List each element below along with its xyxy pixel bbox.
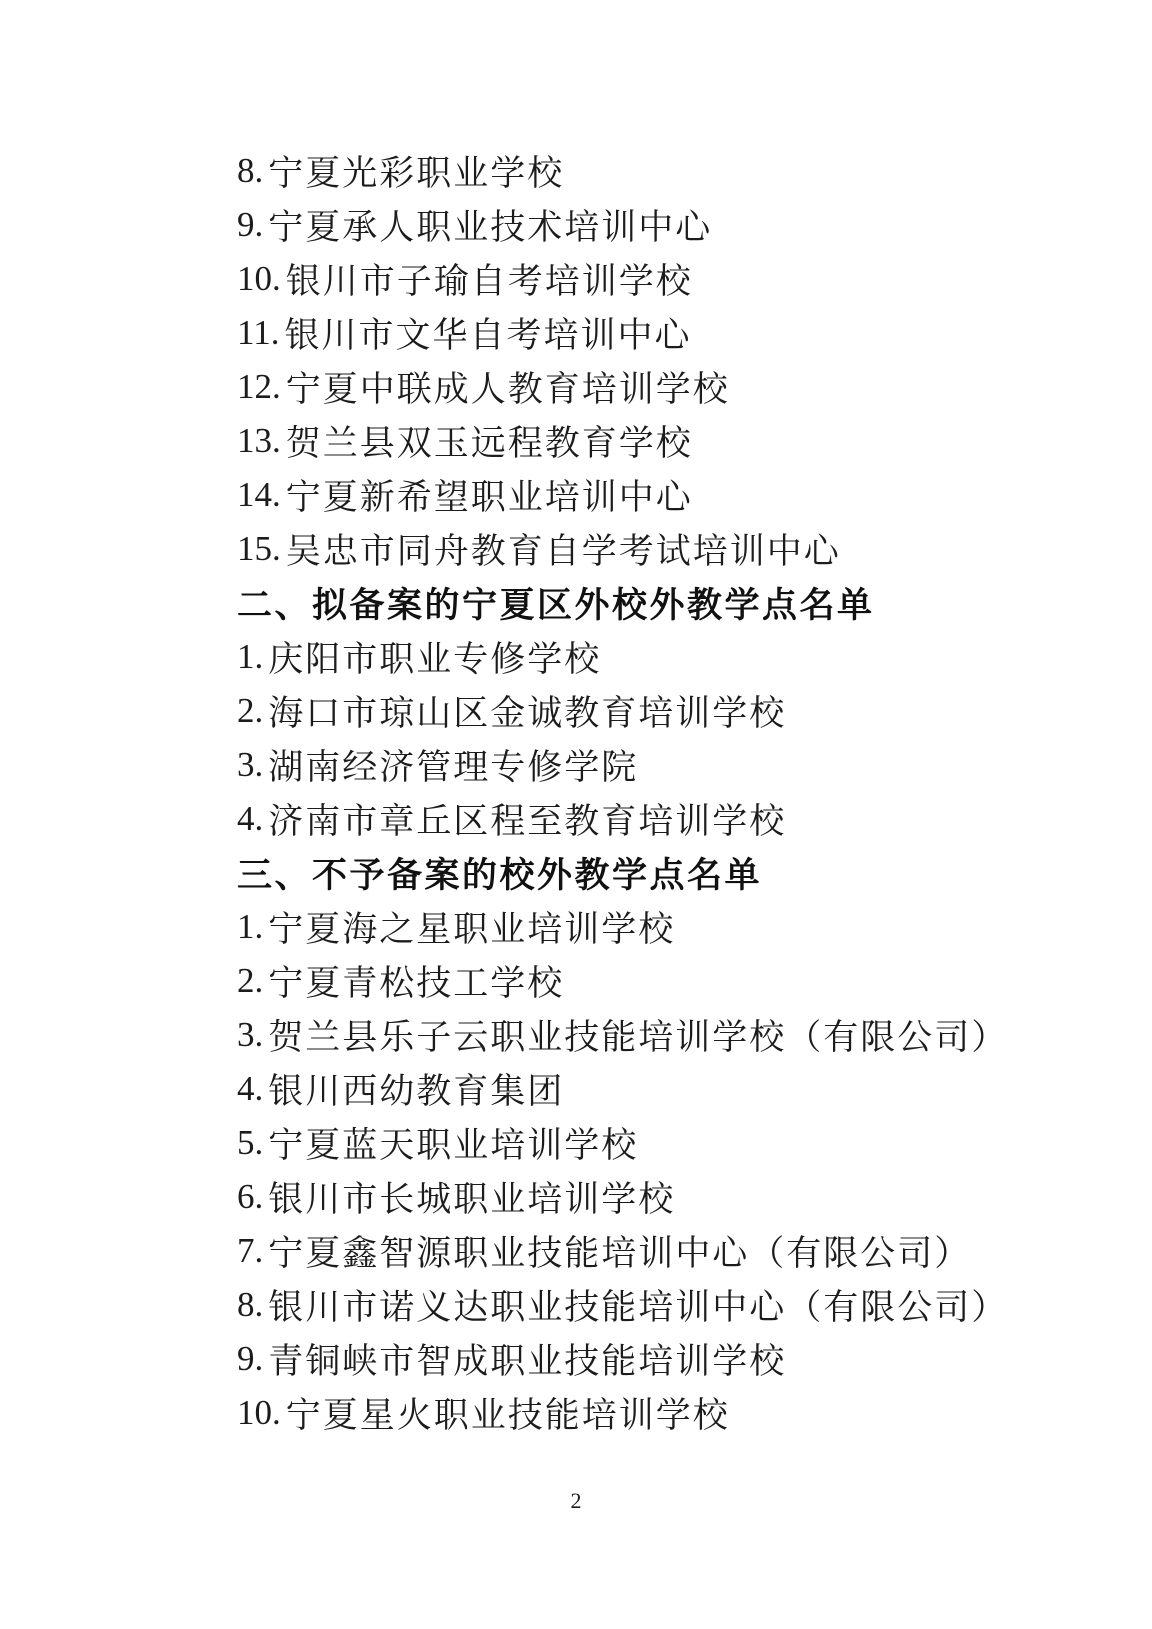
list-item: 5.宁夏蓝天职业培训学校 [237, 1116, 1008, 1170]
item-number: 8. [237, 1285, 263, 1325]
item-text: 宁夏光彩职业学校 [268, 146, 564, 196]
item-text: 吴忠市同舟教育自学考试培训中心 [286, 524, 841, 574]
item-text: 贺兰县乐子云职业技能培训学校（有限公司） [268, 1010, 1008, 1060]
list-item: 2.海口市琼山区金诚教育培训学校 [237, 684, 1008, 738]
item-text: 庆阳市职业专修学校 [268, 632, 601, 682]
item-text: 银川市文华自考培训中心 [284, 308, 691, 358]
list-item: 13.贺兰县双玉远程教育学校 [237, 414, 1008, 468]
item-number: 4. [237, 1069, 263, 1109]
document-body: 8.宁夏光彩职业学校 9.宁夏承人职业技术培训中心 10.银川市子瑜自考培训学校… [237, 144, 1008, 1440]
item-text: 宁夏中联成人教育培训学校 [286, 362, 730, 412]
list-item: 7.宁夏鑫智源职业技能培训中心（有限公司） [237, 1224, 1008, 1278]
item-number: 10. [237, 259, 281, 299]
item-number: 9. [237, 1339, 263, 1379]
item-text: 贺兰县双玉远程教育学校 [286, 416, 693, 466]
item-number: 1. [237, 637, 263, 677]
item-text: 银川市子瑜自考培训学校 [286, 254, 693, 304]
item-text: 青铜峡市智成职业技能培训学校 [268, 1334, 786, 1384]
item-number: 13. [237, 421, 281, 461]
section-heading-3: 三、不予备案的校外教学点名单 [237, 846, 1008, 900]
list-item: 15.吴忠市同舟教育自学考试培训中心 [237, 522, 1008, 576]
item-text: 宁夏鑫智源职业技能培训中心（有限公司） [268, 1226, 971, 1276]
item-text: 宁夏星火职业技能培训学校 [286, 1388, 730, 1438]
item-text: 宁夏青松技工学校 [268, 956, 564, 1006]
list-item: 3.湖南经济管理专修学院 [237, 738, 1008, 792]
item-text: 湖南经济管理专修学院 [268, 740, 638, 790]
item-number: 15. [237, 529, 281, 569]
item-text: 银川市诺义达职业技能培训中心（有限公司） [268, 1280, 1008, 1330]
item-text: 宁夏承人职业技术培训中心 [268, 200, 712, 250]
item-text: 银川市长城职业培训学校 [268, 1172, 675, 1222]
list-item: 8.宁夏光彩职业学校 [237, 144, 1008, 198]
item-number: 5. [237, 1123, 263, 1163]
list-item: 8.银川市诺义达职业技能培训中心（有限公司） [237, 1278, 1008, 1332]
list-item: 3.贺兰县乐子云职业技能培训学校（有限公司） [237, 1008, 1008, 1062]
list-item: 1.宁夏海之星职业培训学校 [237, 900, 1008, 954]
item-number: 2. [237, 691, 263, 731]
list-item: 6.银川市长城职业培训学校 [237, 1170, 1008, 1224]
item-number: 14. [237, 475, 281, 515]
item-number: 9. [237, 205, 263, 245]
item-number: 10. [237, 1393, 281, 1433]
list-item: 12.宁夏中联成人教育培训学校 [237, 360, 1008, 414]
list-item: 4.济南市章丘区程至教育培训学校 [237, 792, 1008, 846]
list-item: 10.银川市子瑜自考培训学校 [237, 252, 1008, 306]
list-item: 11.银川市文华自考培训中心 [237, 306, 1008, 360]
item-text: 宁夏新希望职业培训中心 [286, 470, 693, 520]
item-number: 3. [237, 1015, 263, 1055]
item-number: 1. [237, 907, 263, 947]
page-number: 2 [0, 1488, 1152, 1514]
list-item: 10.宁夏星火职业技能培训学校 [237, 1386, 1008, 1440]
item-number: 8. [237, 151, 263, 191]
item-number: 4. [237, 799, 263, 839]
item-text: 宁夏蓝天职业培训学校 [268, 1118, 638, 1168]
item-text: 宁夏海之星职业培训学校 [268, 902, 675, 952]
item-text: 海口市琼山区金诚教育培训学校 [268, 686, 786, 736]
item-text: 银川西幼教育集团 [268, 1064, 564, 1114]
list-item: 4.银川西幼教育集团 [237, 1062, 1008, 1116]
item-number: 11. [237, 313, 279, 353]
item-number: 12. [237, 367, 281, 407]
list-item: 9.青铜峡市智成职业技能培训学校 [237, 1332, 1008, 1386]
list-item: 2.宁夏青松技工学校 [237, 954, 1008, 1008]
section-heading-2: 二、拟备案的宁夏区外校外教学点名单 [237, 576, 1008, 630]
list-item: 9.宁夏承人职业技术培训中心 [237, 198, 1008, 252]
item-number: 6. [237, 1177, 263, 1217]
item-text: 济南市章丘区程至教育培训学校 [268, 794, 786, 844]
item-number: 2. [237, 961, 263, 1001]
item-number: 7. [237, 1231, 263, 1271]
item-number: 3. [237, 745, 263, 785]
list-item: 1.庆阳市职业专修学校 [237, 630, 1008, 684]
list-item: 14.宁夏新希望职业培训中心 [237, 468, 1008, 522]
